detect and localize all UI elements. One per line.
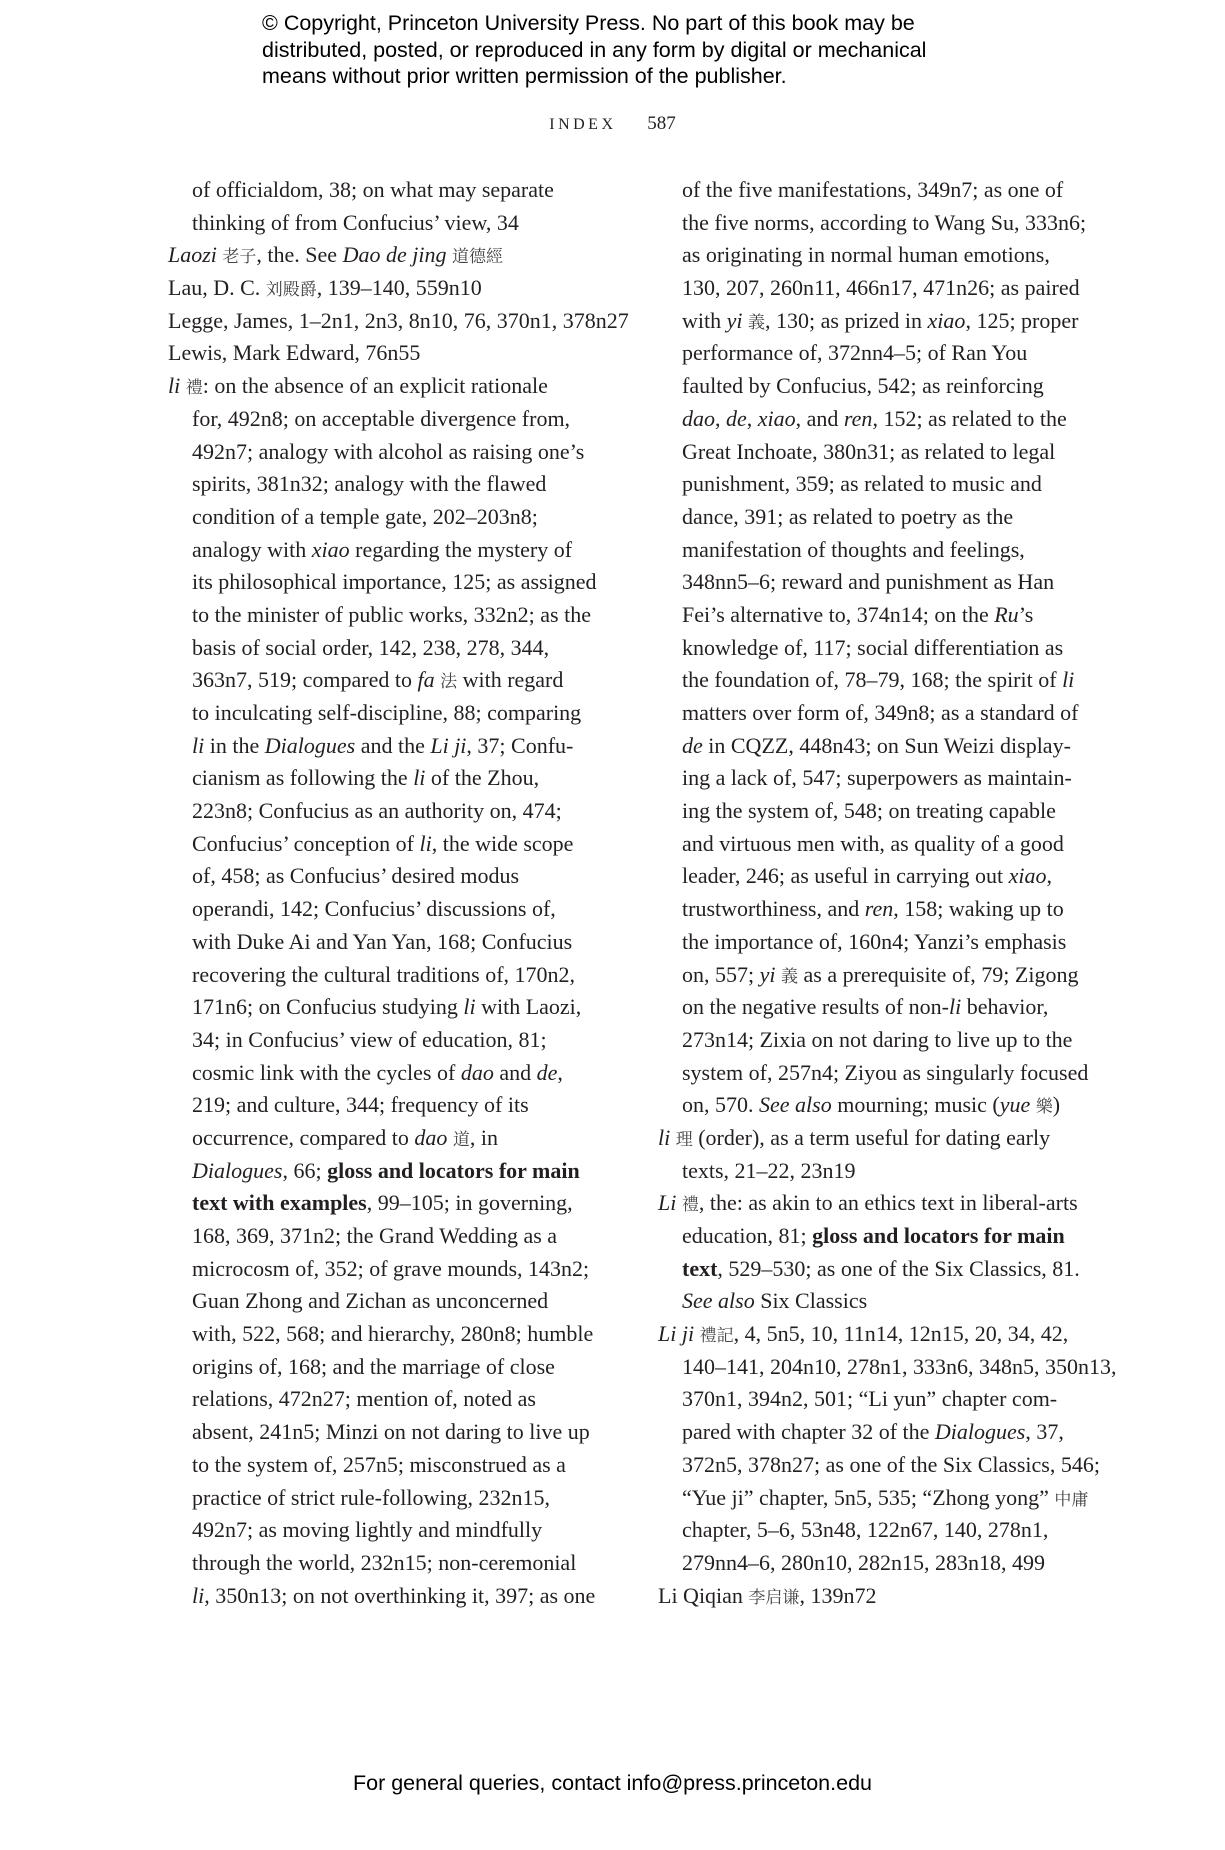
index-line-continuation: ing the system of, 548; on treating capa… <box>658 795 1106 828</box>
index-line-continuation: to the system of, 257n5; misconstrued as… <box>168 1449 608 1482</box>
index-line-continuation: and virtuous men with, as quality of a g… <box>658 828 1106 861</box>
index-line-continuation: microcosm of, 352; of grave mounds, 143n… <box>168 1253 608 1286</box>
index-entry-heading: Li Qiqian 李启谦, 139n72 <box>658 1580 1106 1613</box>
page-number: 587 <box>647 113 676 134</box>
running-head-title: INDEX <box>549 116 616 133</box>
index-line-continuation: absent, 241n5; Minzi on not daring to li… <box>168 1416 608 1449</box>
index-line-continuation: 168, 369, 371n2; the Grand Wedding as a <box>168 1220 608 1253</box>
index-entry-heading: Laozi 老子, the. See Dao de jing 道德經 <box>168 239 608 272</box>
index-line-continuation: 492n7; as moving lightly and mindfully <box>168 1514 608 1547</box>
index-line-continuation: 273n14; Zixia on not daring to live up t… <box>658 1024 1106 1057</box>
index-line-continuation: de in CQZZ, 448n43; on Sun Weizi display… <box>658 730 1106 763</box>
index-line-continuation: “Yue ji” chapter, 5n5, 535; “Zhong yong”… <box>658 1482 1106 1515</box>
index-entry-heading: Li ji 禮記, 4, 5n5, 10, 11n14, 12n15, 20, … <box>658 1318 1106 1351</box>
index-line-continuation: to inculcating self-discipline, 88; comp… <box>168 697 608 730</box>
index-line-continuation: punishment, 359; as related to music and <box>658 468 1106 501</box>
index-line-continuation: 219; and culture, 344; frequency of its <box>168 1089 608 1122</box>
index-line-continuation: knowledge of, 117; social differentiatio… <box>658 632 1106 665</box>
index-line-continuation: spirits, 381n32; analogy with the flawed <box>168 468 608 501</box>
index-line-continuation: of the five manifestations, 349n7; as on… <box>658 174 1106 207</box>
index-line-continuation: Guan Zhong and Zichan as unconcerned <box>168 1285 608 1318</box>
index-line-continuation: 223n8; Confucius as an authority on, 474… <box>168 795 608 828</box>
index-line-continuation: on, 557; yi 義 as a prerequisite of, 79; … <box>658 959 1106 992</box>
copyright-line: means without prior written permission o… <box>262 63 1022 90</box>
index-line-continuation: text with examples, 99–105; in governing… <box>168 1187 608 1220</box>
index-line-continuation: chapter, 5–6, 53n48, 122n67, 140, 278n1, <box>658 1514 1106 1547</box>
index-line-continuation: performance of, 372nn4–5; of Ran You <box>658 337 1106 370</box>
index-line-continuation: li in the Dialogues and the Li ji, 37; C… <box>168 730 608 763</box>
index-line-continuation: See also Six Classics <box>658 1285 1106 1318</box>
index-line-continuation: occurrence, compared to dao 道, in <box>168 1122 608 1155</box>
index-entry-heading: li 理 (order), as a term useful for datin… <box>658 1122 1106 1155</box>
index-line-continuation: text, 529–530; as one of the Six Classic… <box>658 1253 1106 1286</box>
index-line-continuation: education, 81; gloss and locators for ma… <box>658 1220 1106 1253</box>
index-line-continuation: leader, 246; as useful in carrying out x… <box>658 860 1106 893</box>
copyright-line: distributed, posted, or reproduced in an… <box>262 37 1022 64</box>
index-line-continuation: matters over form of, 349n8; as a standa… <box>658 697 1106 730</box>
index-line-continuation: with yi 義, 130; as prized in xiao, 125; … <box>658 305 1106 338</box>
index-line-continuation: 370n1, 394n2, 501; “Li yun” chapter com- <box>658 1383 1106 1416</box>
index-line-continuation: the importance of, 160n4; Yanzi’s emphas… <box>658 926 1106 959</box>
copyright-line: © Copyright, Princeton University Press.… <box>262 10 1022 37</box>
index-line-continuation: faulted by Confucius, 542; as reinforcin… <box>658 370 1106 403</box>
index-line-continuation: on the negative results of non-li behavi… <box>658 991 1106 1024</box>
index-line-continuation: for, 492n8; on acceptable divergence fro… <box>168 403 608 436</box>
index-entry-heading: Lau, D. C. 刘殿爵, 139–140, 559n10 <box>168 272 608 305</box>
copyright-notice: © Copyright, Princeton University Press.… <box>262 10 1022 90</box>
running-head: INDEX 587 <box>0 113 1225 135</box>
index-line-continuation: to the minister of public works, 332n2; … <box>168 599 608 632</box>
index-line-continuation: origins of, 168; and the marriage of clo… <box>168 1351 608 1384</box>
index-line-continuation: through the world, 232n15; non-ceremonia… <box>168 1547 608 1580</box>
index-line-continuation: its philosophical importance, 125; as as… <box>168 566 608 599</box>
index-line-continuation: manifestation of thoughts and feelings, <box>658 534 1106 567</box>
index-line-continuation: on, 570. See also mourning; music (yue 樂… <box>658 1089 1106 1122</box>
index-line-continuation: dance, 391; as related to poetry as the <box>658 501 1106 534</box>
index-line-continuation: practice of strict rule-following, 232n1… <box>168 1482 608 1515</box>
index-line-continuation: basis of social order, 142, 238, 278, 34… <box>168 632 608 665</box>
index-line-continuation: texts, 21–22, 23n19 <box>658 1155 1106 1188</box>
index-line-continuation: of, 458; as Confucius’ desired modus <box>168 860 608 893</box>
index-line-continuation: 140–141, 204n10, 278n1, 333n6, 348n5, 35… <box>658 1351 1106 1384</box>
index-line-continuation: dao, de, xiao, and ren, 152; as related … <box>658 403 1106 436</box>
index-line-continuation: recovering the cultural traditions of, 1… <box>168 959 608 992</box>
index-line-continuation: with, 522, 568; and hierarchy, 280n8; hu… <box>168 1318 608 1351</box>
index-line-continuation: analogy with xiao regarding the mystery … <box>168 534 608 567</box>
index-line-continuation: ing a lack of, 547; superpowers as maint… <box>658 762 1106 795</box>
index-line-continuation: the five norms, according to Wang Su, 33… <box>658 207 1106 240</box>
index-line-continuation: Fei’s alternative to, 374n14; on the Ru’… <box>658 599 1106 632</box>
index-line-continuation: 130, 207, 260n11, 466n17, 471n26; as pai… <box>658 272 1106 305</box>
index-line-continuation: of officialdom, 38; on what may separate <box>168 174 608 207</box>
index-column-left: of officialdom, 38; on what may separate… <box>168 174 608 1612</box>
index-line-continuation: cianism as following the li of the Zhou, <box>168 762 608 795</box>
index-entry-heading: Li 禮, the: as akin to an ethics text in … <box>658 1187 1106 1220</box>
index-line-continuation: operandi, 142; Confucius’ discussions of… <box>168 893 608 926</box>
index-line-continuation: the foundation of, 78–79, 168; the spiri… <box>658 664 1106 697</box>
index-line-continuation: 34; in Confucius’ view of education, 81; <box>168 1024 608 1057</box>
index-line-continuation: system of, 257n4; Ziyou as singularly fo… <box>658 1057 1106 1090</box>
footer-contact: For general queries, contact info@press.… <box>0 1771 1225 1796</box>
index-line-continuation: cosmic link with the cycles of dao and d… <box>168 1057 608 1090</box>
index-line-continuation: relations, 472n27; mention of, noted as <box>168 1383 608 1416</box>
index-line-continuation: Great Inchoate, 380n31; as related to le… <box>658 436 1106 469</box>
index-line-continuation: li, 350n13; on not overthinking it, 397;… <box>168 1580 608 1613</box>
index-line-continuation: 363n7, 519; compared to fa 法 with regard <box>168 664 608 697</box>
index-line-continuation: 171n6; on Confucius studying li with Lao… <box>168 991 608 1024</box>
index-entry-heading: Legge, James, 1–2n1, 2n3, 8n10, 76, 370n… <box>168 305 608 338</box>
index-entry-heading: li 禮: on the absence of an explicit rati… <box>168 370 608 403</box>
index-line-continuation: thinking of from Confucius’ view, 34 <box>168 207 608 240</box>
index-line-continuation: as originating in normal human emotions, <box>658 239 1106 272</box>
index-line-continuation: condition of a temple gate, 202–203n8; <box>168 501 608 534</box>
index-line-continuation: pared with chapter 32 of the Dialogues, … <box>658 1416 1106 1449</box>
index-line-continuation: Confucius’ conception of li, the wide sc… <box>168 828 608 861</box>
index-line-continuation: 492n7; analogy with alcohol as raising o… <box>168 436 608 469</box>
index-line-continuation: Dialogues, 66; gloss and locators for ma… <box>168 1155 608 1188</box>
index-line-continuation: 279nn4–6, 280n10, 282n15, 283n18, 499 <box>658 1547 1106 1580</box>
index-entry-heading: Lewis, Mark Edward, 76n55 <box>168 337 608 370</box>
index-line-continuation: 348nn5–6; reward and punishment as Han <box>658 566 1106 599</box>
index-line-continuation: trustworthiness, and ren, 158; waking up… <box>658 893 1106 926</box>
index-line-continuation: 372n5, 378n27; as one of the Six Classic… <box>658 1449 1106 1482</box>
index-column-right: of the five manifestations, 349n7; as on… <box>658 174 1106 1612</box>
index-line-continuation: with Duke Ai and Yan Yan, 168; Confucius <box>168 926 608 959</box>
